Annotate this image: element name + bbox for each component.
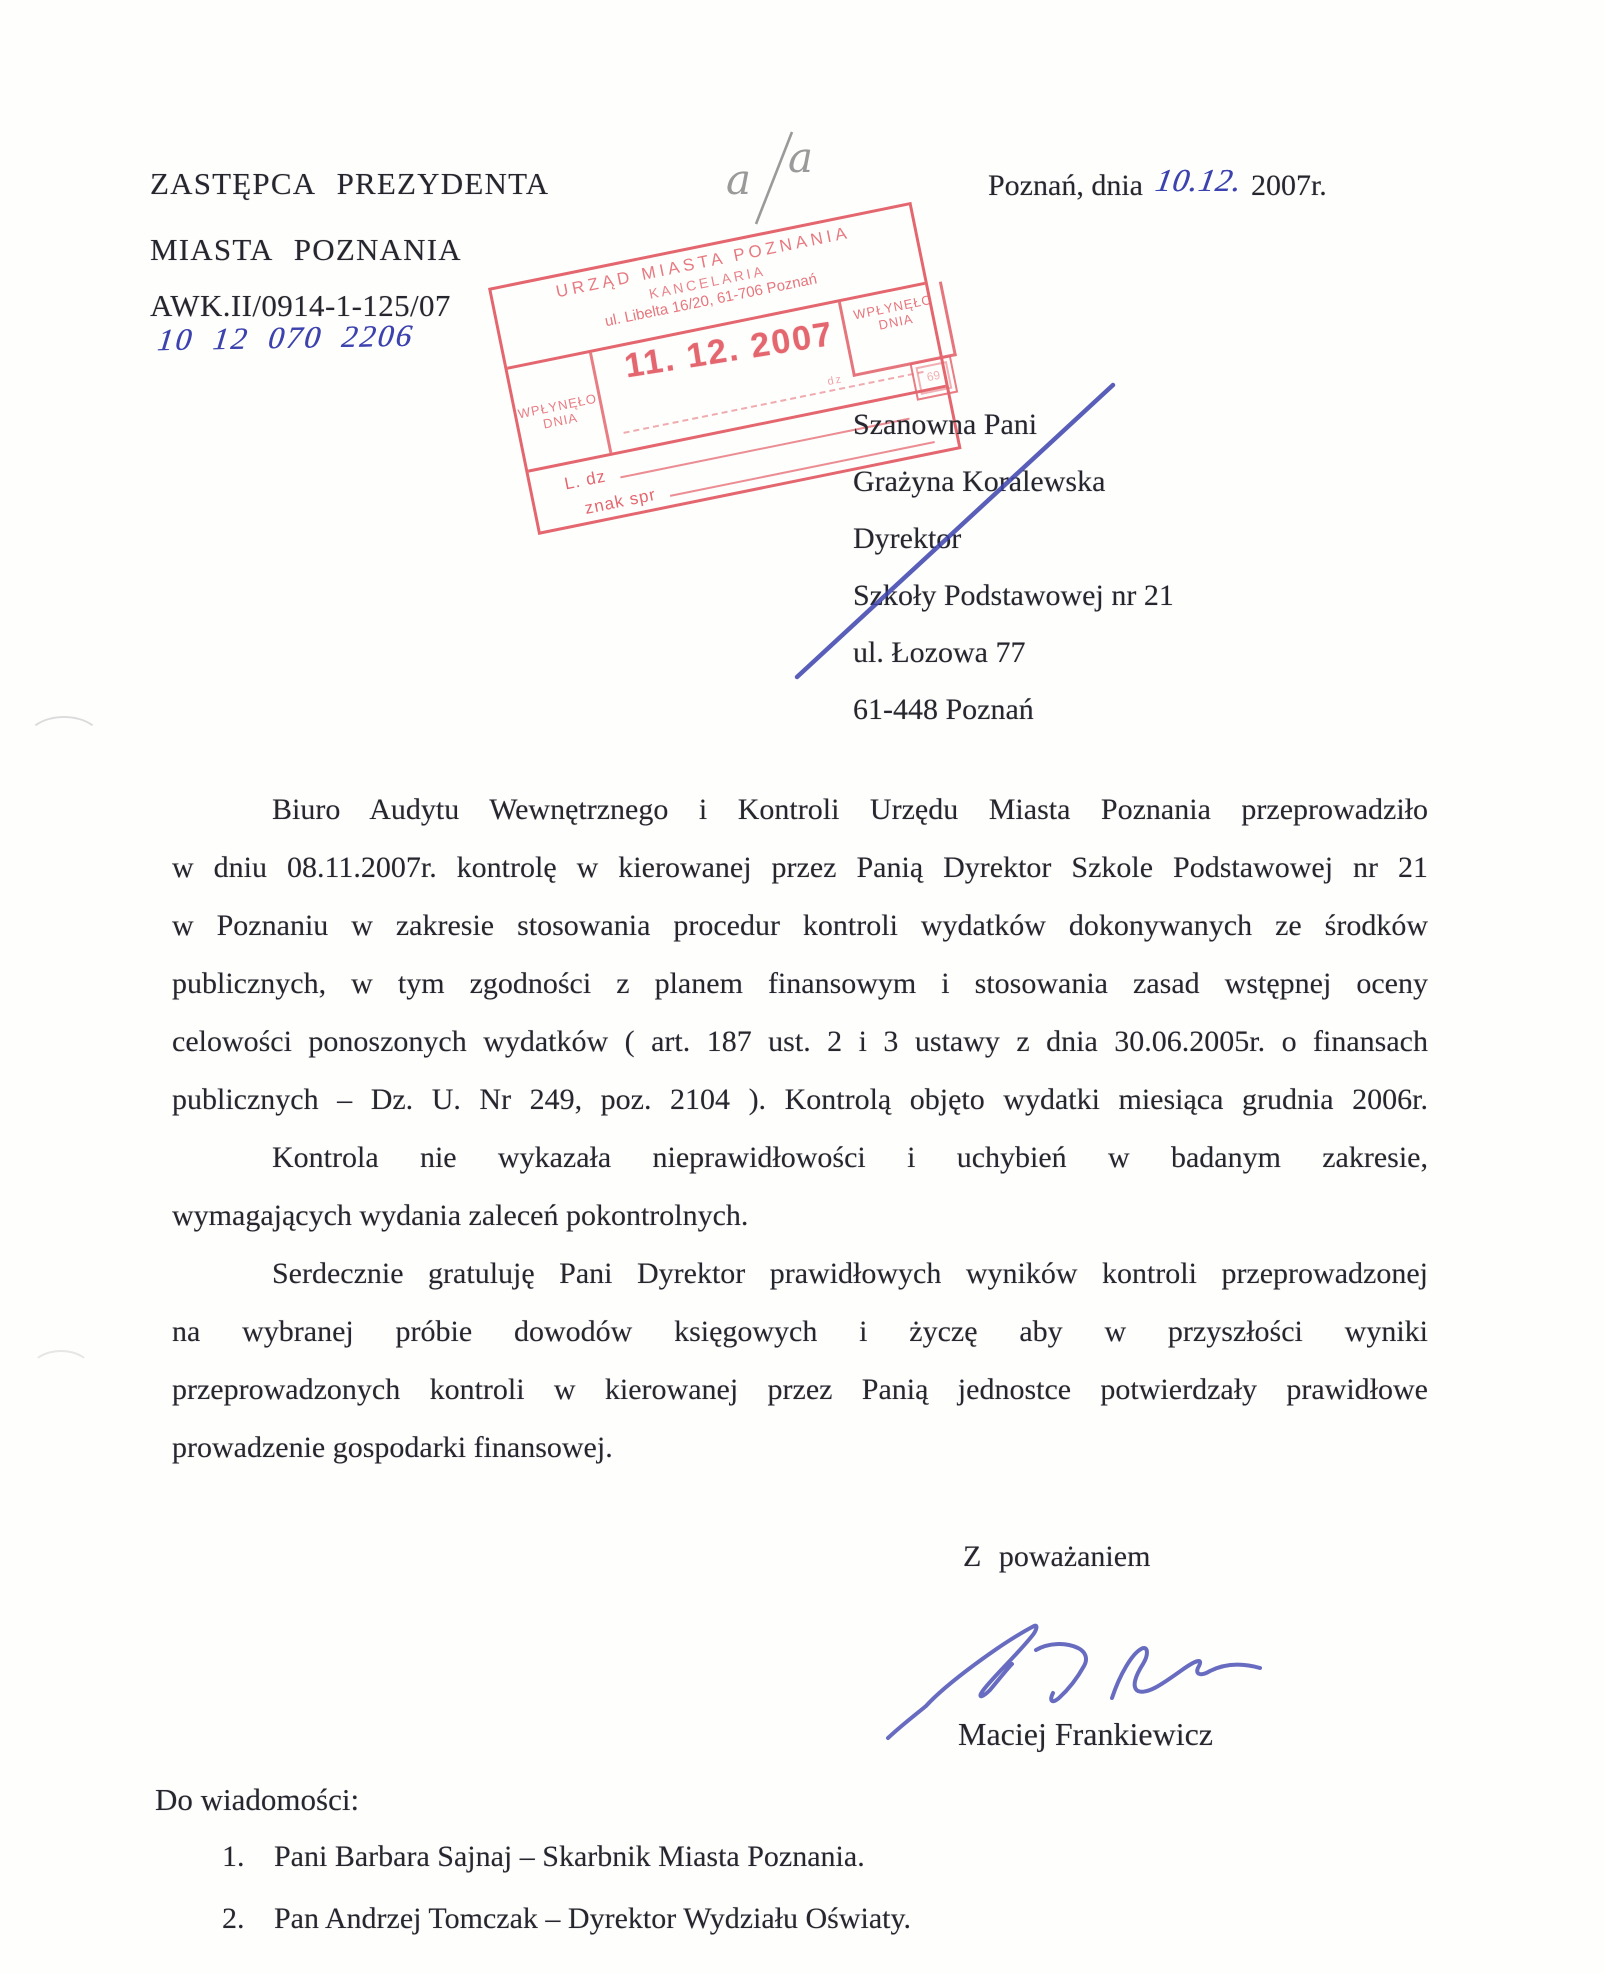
stamp-znak-label: znak spr xyxy=(583,485,658,518)
place-date-line: Poznań, dnia 10.12. 2007r. xyxy=(988,166,1327,203)
body-line: prowadzenie gospodarki finansowej. xyxy=(172,1419,1428,1477)
date-year: 2007r. xyxy=(1251,169,1327,202)
body-line: Biuro Audytu Wewnętrznego i Kontroli Urz… xyxy=(172,781,1428,839)
place-date-prefix: Poznań, dnia xyxy=(988,169,1143,202)
body-line: Kontrola nie wykazała nieprawidłowości i… xyxy=(172,1129,1428,1187)
body-line: publicznych, w tym zgodności z planem fi… xyxy=(172,955,1428,1013)
scanned-letter-page: ZASTĘPCA PREZYDENTA MIASTA POZNANIA AWK.… xyxy=(0,0,1604,1974)
cc-item-text: Pani Barbara Sajnaj – Skarbnik Miasta Po… xyxy=(274,1840,865,1873)
pencil-arc-mark xyxy=(26,716,102,764)
closing-salutation: Z poważaniem xyxy=(963,1540,1150,1574)
cc-item: 1.Pani Barbara Sajnaj – Skarbnik Miasta … xyxy=(222,1840,865,1874)
cc-item-text: Pan Andrzej Tomczak – Dyrektor Wydziału … xyxy=(274,1902,911,1935)
sender-title-line1: ZASTĘPCA PREZYDENTA xyxy=(150,166,549,202)
body-line: Serdecznie gratuluję Pani Dyrektor prawi… xyxy=(172,1245,1428,1303)
cc-item-number: 2. xyxy=(222,1902,274,1936)
signer-name: Maciej Frankiewicz xyxy=(958,1716,1213,1753)
cc-item: 2.Pan Andrzej Tomczak – Dyrektor Wydział… xyxy=(222,1902,911,1936)
aa-slash xyxy=(756,132,792,224)
cc-item-number: 1. xyxy=(222,1840,274,1874)
aa-left-letter: a xyxy=(726,155,751,204)
sender-title-line2: MIASTA POZNANIA xyxy=(150,232,462,268)
stamp-ldz-label: L. dz xyxy=(563,467,608,494)
handwritten-aa-annotation: a a xyxy=(722,128,832,228)
body-line: przeprowadzonych kontroli w kierowanej p… xyxy=(172,1361,1428,1419)
pencil-arc-mark xyxy=(30,1350,92,1390)
body-line: publicznych – Dz. U. Nr 249, poz. 2104 )… xyxy=(172,1071,1428,1129)
body-text: Biuro Audytu Wewnętrznego i Kontroli Urz… xyxy=(172,781,1428,1477)
body-line: wymagających wydania zaleceń pokontrolny… xyxy=(172,1187,1428,1245)
body-line: w Poznaniu w zakresie stosowania procedu… xyxy=(172,897,1428,955)
cc-heading: Do wiadomości: xyxy=(155,1782,359,1818)
body-line: celowości ponoszonych wydatków ( art. 18… xyxy=(172,1013,1428,1071)
handwritten-registry-number: 10 12 070 2206 xyxy=(155,318,416,358)
body-line: na wybranej próbie dowodów księgowych i … xyxy=(172,1303,1428,1361)
handwritten-strike-line xyxy=(775,365,1135,695)
handwritten-date: 10.12. xyxy=(1153,162,1246,199)
aa-right-letter: a xyxy=(788,133,813,182)
body-line: w dniu 08.11.2007r. kontrolę w kierowane… xyxy=(172,839,1428,897)
